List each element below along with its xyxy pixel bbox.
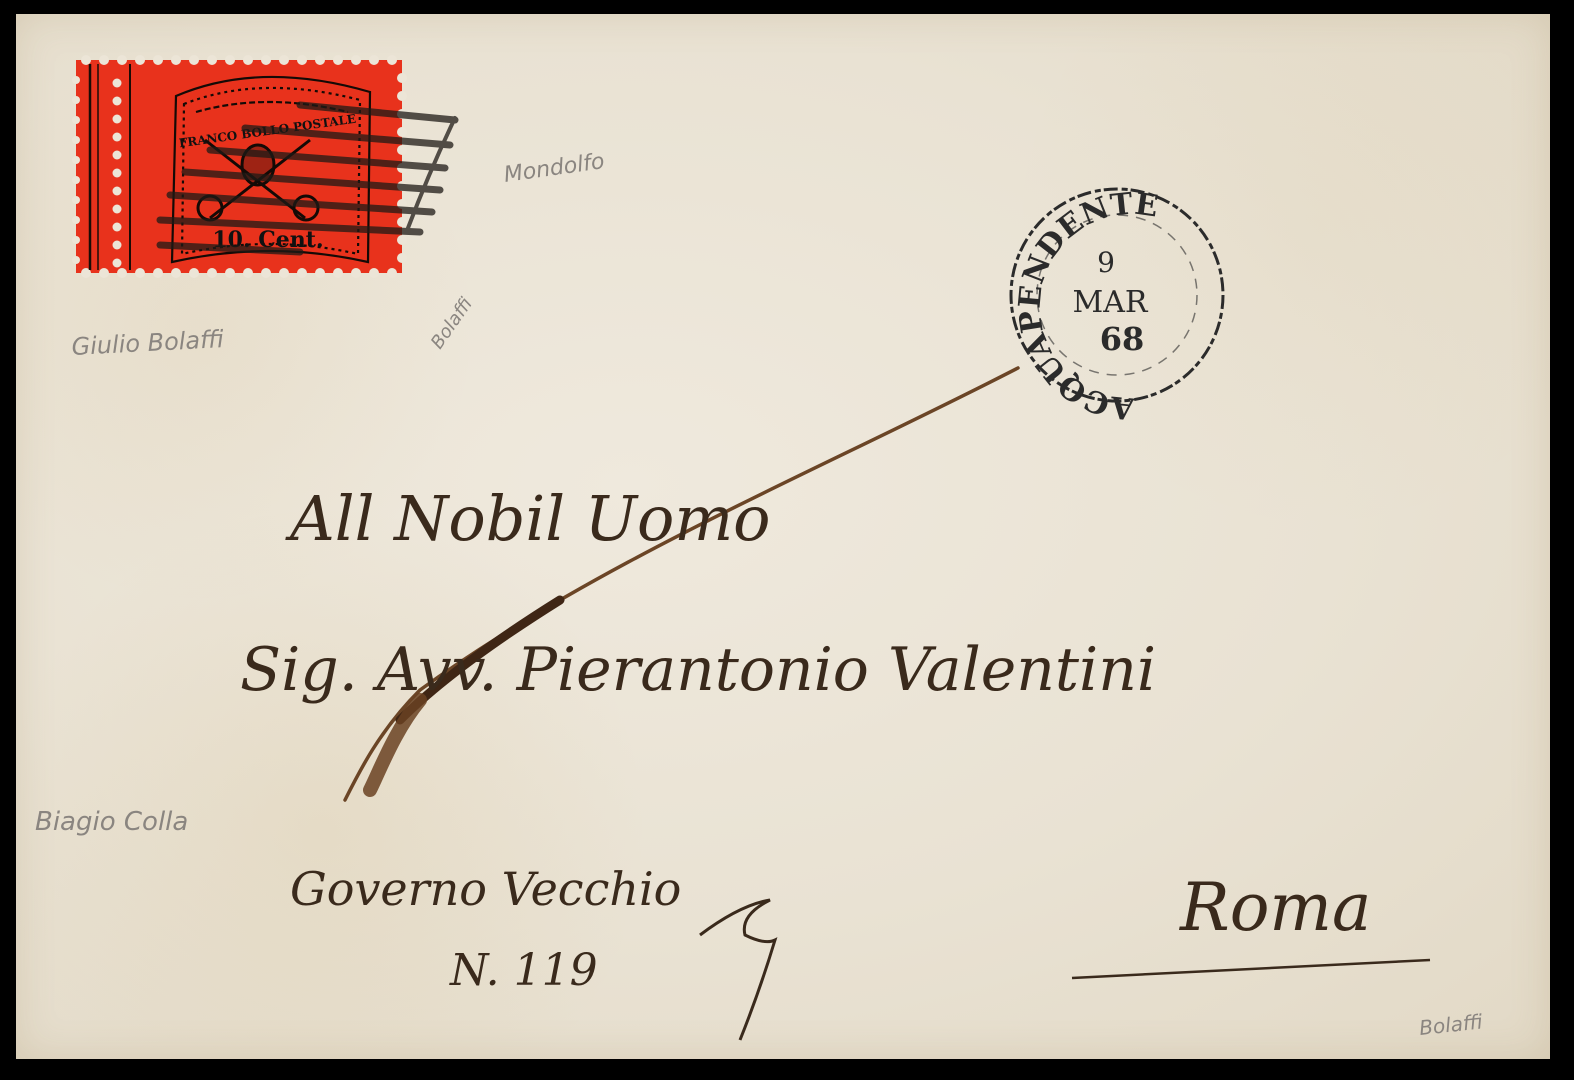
address-line-2: Sig. Avv. Pierantonio Valentini	[240, 635, 1156, 705]
postmark-month: MAR	[1073, 285, 1149, 320]
reference-number: N. 119	[449, 945, 598, 996]
postmark-day: 9	[1097, 246, 1115, 279]
circular-date-stamp: ACQUAPENDENTE 9 MAR 68	[1011, 186, 1223, 425]
pencil-signature-3: Mondolfo	[502, 149, 606, 188]
pencil-signature-1: Giulio Bolaffi	[71, 325, 225, 361]
pencil-signature-4: Bolaffi	[427, 294, 477, 353]
sender-note: Governo Vecchio	[290, 862, 681, 916]
manuscript-cancel-stroke	[345, 368, 1018, 800]
flourish-mark	[700, 900, 775, 1040]
postage-stamp: FRANCO BOLLO POSTALE 10. Cent.	[72, 55, 407, 278]
pencil-signature-2: Biagio Colla	[35, 807, 188, 837]
cover-artwork: FRANCO BOLLO POSTALE 10. Cent. ACQUAPEND…	[0, 0, 1574, 1080]
address-line-1: All Nobil Uomo	[285, 482, 770, 555]
postmark-year: 68	[1100, 320, 1145, 358]
address-city: Roma	[1179, 869, 1371, 946]
pencil-signature-5: Bolaffi	[1418, 1009, 1484, 1040]
city-underline	[1072, 960, 1430, 978]
